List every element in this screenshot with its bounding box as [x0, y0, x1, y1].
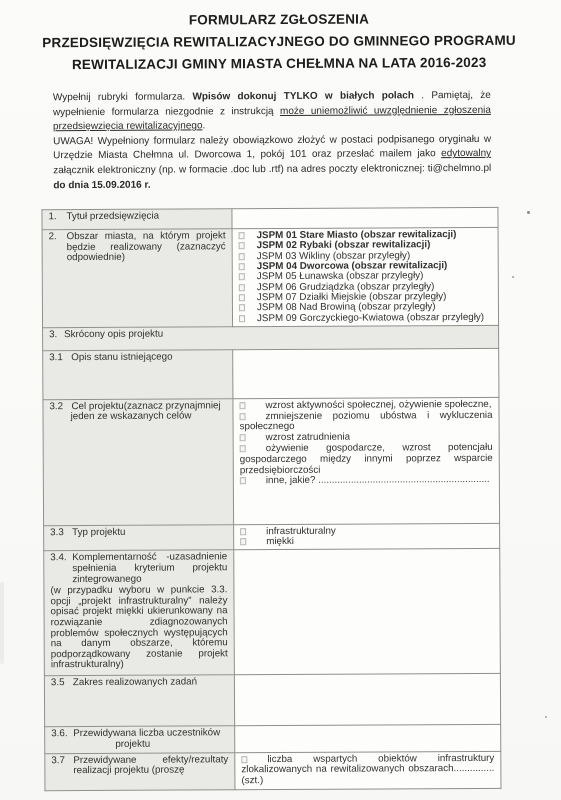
row-label-text-line2: jeden ze wskazanych celów — [50, 412, 227, 424]
section-header-text: Skrócony opis projektu — [64, 328, 492, 341]
field-participants-count[interactable] — [235, 725, 501, 753]
checkbox-icon[interactable] — [239, 274, 245, 281]
table-row-complementarity: 3.4.Komplementarność -uzasadnienie spełn… — [44, 549, 501, 676]
option-label: wzrost zatrudnienia — [266, 432, 350, 443]
option-goal-poverty-reduction[interactable]: zmniejszenie poziomu ubóstwa i wykluczen… — [240, 411, 493, 434]
instructions-paragraph-2: UWAGA! Wypełniony formularz należy obowi… — [53, 133, 491, 194]
row-label-task-scope: 3.5Zakres realizowanych zadań — [44, 675, 234, 727]
field-area-options: JSPM 01 Stare Miasto (obszar rewitalizac… — [232, 228, 499, 327]
intro-underlined-editable: edytowalny — [441, 148, 491, 159]
field-complementarity[interactable] — [234, 549, 501, 675]
instructions: Wypełnij rubryki formularza. Wpisów doko… — [53, 89, 492, 193]
checkbox-icon[interactable] — [239, 402, 245, 409]
row-label-text: Zakres realizowanych zadań — [73, 678, 228, 689]
row-label-text: Tytuł przedsięwzięcia — [66, 211, 225, 222]
checkbox-icon[interactable] — [240, 478, 246, 485]
table-row-existing-state: 3.1Opis stanu istniejącego — [43, 348, 499, 399]
field-goal-options: wzrost aktywności społecznej, ożywienie … — [233, 397, 500, 524]
scan-speck — [527, 211, 530, 214]
checkbox-icon[interactable] — [240, 434, 246, 441]
field-existing-state[interactable] — [233, 348, 499, 398]
row-label-participants: 3.6.Przewidywana liczba uczestników proj… — [45, 726, 235, 753]
table-row-results: 3.7Przewidywane efekty/rezultaty realiza… — [45, 751, 501, 791]
checkbox-icon[interactable] — [239, 243, 245, 250]
intro-text: Wypełnij rubryki formularza. — [53, 91, 193, 103]
section-header-short-description: 3.Skrócony opis projektu — [43, 325, 499, 350]
checkbox-icon[interactable] — [239, 315, 245, 322]
scan-edge-smudge — [0, 582, 4, 664]
checkbox-icon[interactable] — [240, 445, 246, 452]
option-label: inne, jakie? ...........................… — [266, 474, 490, 486]
checkbox-icon[interactable] — [239, 284, 245, 291]
checkbox-icon[interactable] — [240, 538, 246, 545]
row-label-existing-state: 3.1Opis stanu istniejącego — [43, 350, 233, 400]
option-result-infrastructure-count[interactable]: liczba wspartych obiektów infrastruktury… — [241, 753, 494, 787]
field-type-options: infrastrukturalny miękki — [234, 523, 500, 550]
table-row-area: 2.Obszar miasta, na którym projekt będzi… — [42, 228, 499, 328]
title-line-2: PRZEDSIĘWZIĘCIA REWITALIZACYJNEGO DO GMI… — [0, 30, 560, 55]
option-label: ożywienie gospodarcze, wzrost potencjału… — [240, 442, 493, 476]
instructions-paragraph-1: Wypełnij rubryki formularza. Wpisów doko… — [53, 89, 491, 135]
field-results-options: liczba wspartych obiektów infrastruktury… — [235, 751, 501, 790]
row-label-text-line2: projektu — [51, 739, 228, 751]
row-label-text: Przewidywane efekty/rezultaty realizacji… — [73, 755, 228, 777]
option-goal-other[interactable]: inne, jakie? ...........................… — [240, 475, 493, 487]
row-label-project-goal: 3.2Cel projektu(zaznacz przynajmniej jed… — [43, 399, 234, 526]
table-row-title: 1.Tytuł przedsięwzięcia — [42, 208, 498, 230]
checkbox-icon[interactable] — [239, 294, 245, 301]
table-row-project-goal: 3.2Cel projektu(zaznacz przynajmniej jed… — [43, 397, 500, 525]
title-line-3: REWITALIZACJI GMINY MIASTA CHEŁMNA NA LA… — [0, 52, 560, 77]
row-number: 3.4. — [50, 554, 72, 586]
title-line-1: FORMULARZ ZGŁOSZENIA — [0, 8, 560, 33]
row-label-text: Opis stanu istniejącego — [71, 352, 226, 363]
row-number: 3.2 — [49, 402, 71, 413]
table-row-task-scope: 3.5Zakres realizowanych zadań — [44, 674, 500, 727]
row-number: 2. — [49, 232, 67, 264]
option-type-soft[interactable]: miękki — [240, 536, 493, 548]
option-label: JSPM 09 Gorczyckiego-Kwiatowa (obszar pr… — [257, 311, 484, 323]
row-number: 3.5 — [51, 679, 73, 690]
row-label-complementarity: 3.4.Komplementarność -uzasadnienie spełn… — [44, 550, 235, 676]
row-number: 3.1 — [49, 353, 71, 364]
table-row-participants: 3.6.Przewidywana liczba uczestników proj… — [45, 725, 501, 754]
scan-speck — [512, 276, 514, 278]
row-label-note: (w przypadku wyboru w punkcie 3.3. opcji… — [50, 585, 227, 671]
intro-text: załącznik elektroniczny (np. w formacie … — [53, 163, 491, 176]
option-label: liczba wspartych obiektów infrastruktury… — [241, 752, 494, 786]
intro-text: . — [202, 121, 205, 132]
row-label-area: 2.Obszar miasta, na którym projekt będzi… — [42, 229, 233, 328]
field-task-scope[interactable] — [234, 674, 500, 726]
row-label-project-type: 3.3Typ projektu — [44, 525, 234, 552]
row-label-project-title: 1.Tytuł przedsięwzięcia — [42, 209, 232, 230]
table-row-project-type: 3.3Typ projektu infrastrukturalny miękki — [44, 523, 500, 551]
form-sheet: FORMULARZ ZGŁOSZENIA PRZEDSIĘWZIĘCIA REW… — [0, 0, 561, 791]
row-label-text: Komplementarność -uzasadnienie spełnieni… — [72, 553, 227, 586]
checkbox-icon[interactable] — [240, 528, 246, 535]
row-label-results: 3.7Przewidywane efekty/rezultaty realiza… — [45, 752, 235, 790]
row-label-text: Obszar miasta, na którym projekt będzie … — [67, 231, 226, 264]
checkbox-icon[interactable] — [239, 253, 245, 260]
option-jspm-09[interactable]: JSPM 09 Gorczyckiego-Kwiatowa (obszar pr… — [239, 312, 492, 324]
intro-deadline: do dnia 15.09.2016 r. — [53, 179, 150, 191]
row-number: 3.6. — [51, 730, 73, 741]
form-title: FORMULARZ ZGŁOSZENIA PRZEDSIĘWZIĘCIA REW… — [0, 0, 560, 76]
row-number: 3. — [49, 330, 64, 341]
checkbox-icon[interactable] — [240, 413, 246, 420]
checkbox-icon[interactable] — [241, 756, 247, 763]
row-number: 3.7 — [51, 756, 73, 777]
option-label: zmniejszenie poziomu ubóstwa i wykluczen… — [240, 410, 493, 433]
checkbox-icon[interactable] — [239, 232, 245, 239]
field-project-title[interactable] — [232, 208, 498, 229]
scanned-form-page: FORMULARZ ZGŁOSZENIA PRZEDSIĘWZIĘCIA REW… — [0, 0, 561, 800]
table-row-section-3: 3.Skrócony opis projektu — [43, 325, 499, 350]
intro-text: UWAGA! Wypełniony formularz należy obowi… — [53, 134, 491, 162]
option-goal-economic-revival[interactable]: ożywienie gospodarcze, wzrost potencjału… — [240, 443, 493, 477]
row-label-text: Typ projektu — [72, 527, 227, 538]
scan-speck — [545, 716, 547, 718]
row-number: 1. — [48, 212, 66, 223]
row-label-text: Przewidywana liczba uczestników — [73, 729, 228, 740]
checkbox-icon[interactable] — [239, 263, 245, 270]
intro-bold-white-fields: Wpisów dokonuj TYLKO w białych polach — [192, 90, 414, 102]
checkbox-icon[interactable] — [239, 304, 245, 311]
application-form-table: 1.Tytuł przedsięwzięcia 2.Obszar miasta,… — [41, 207, 501, 791]
option-label: miękki — [266, 536, 294, 547]
row-number: 3.3 — [50, 528, 72, 539]
